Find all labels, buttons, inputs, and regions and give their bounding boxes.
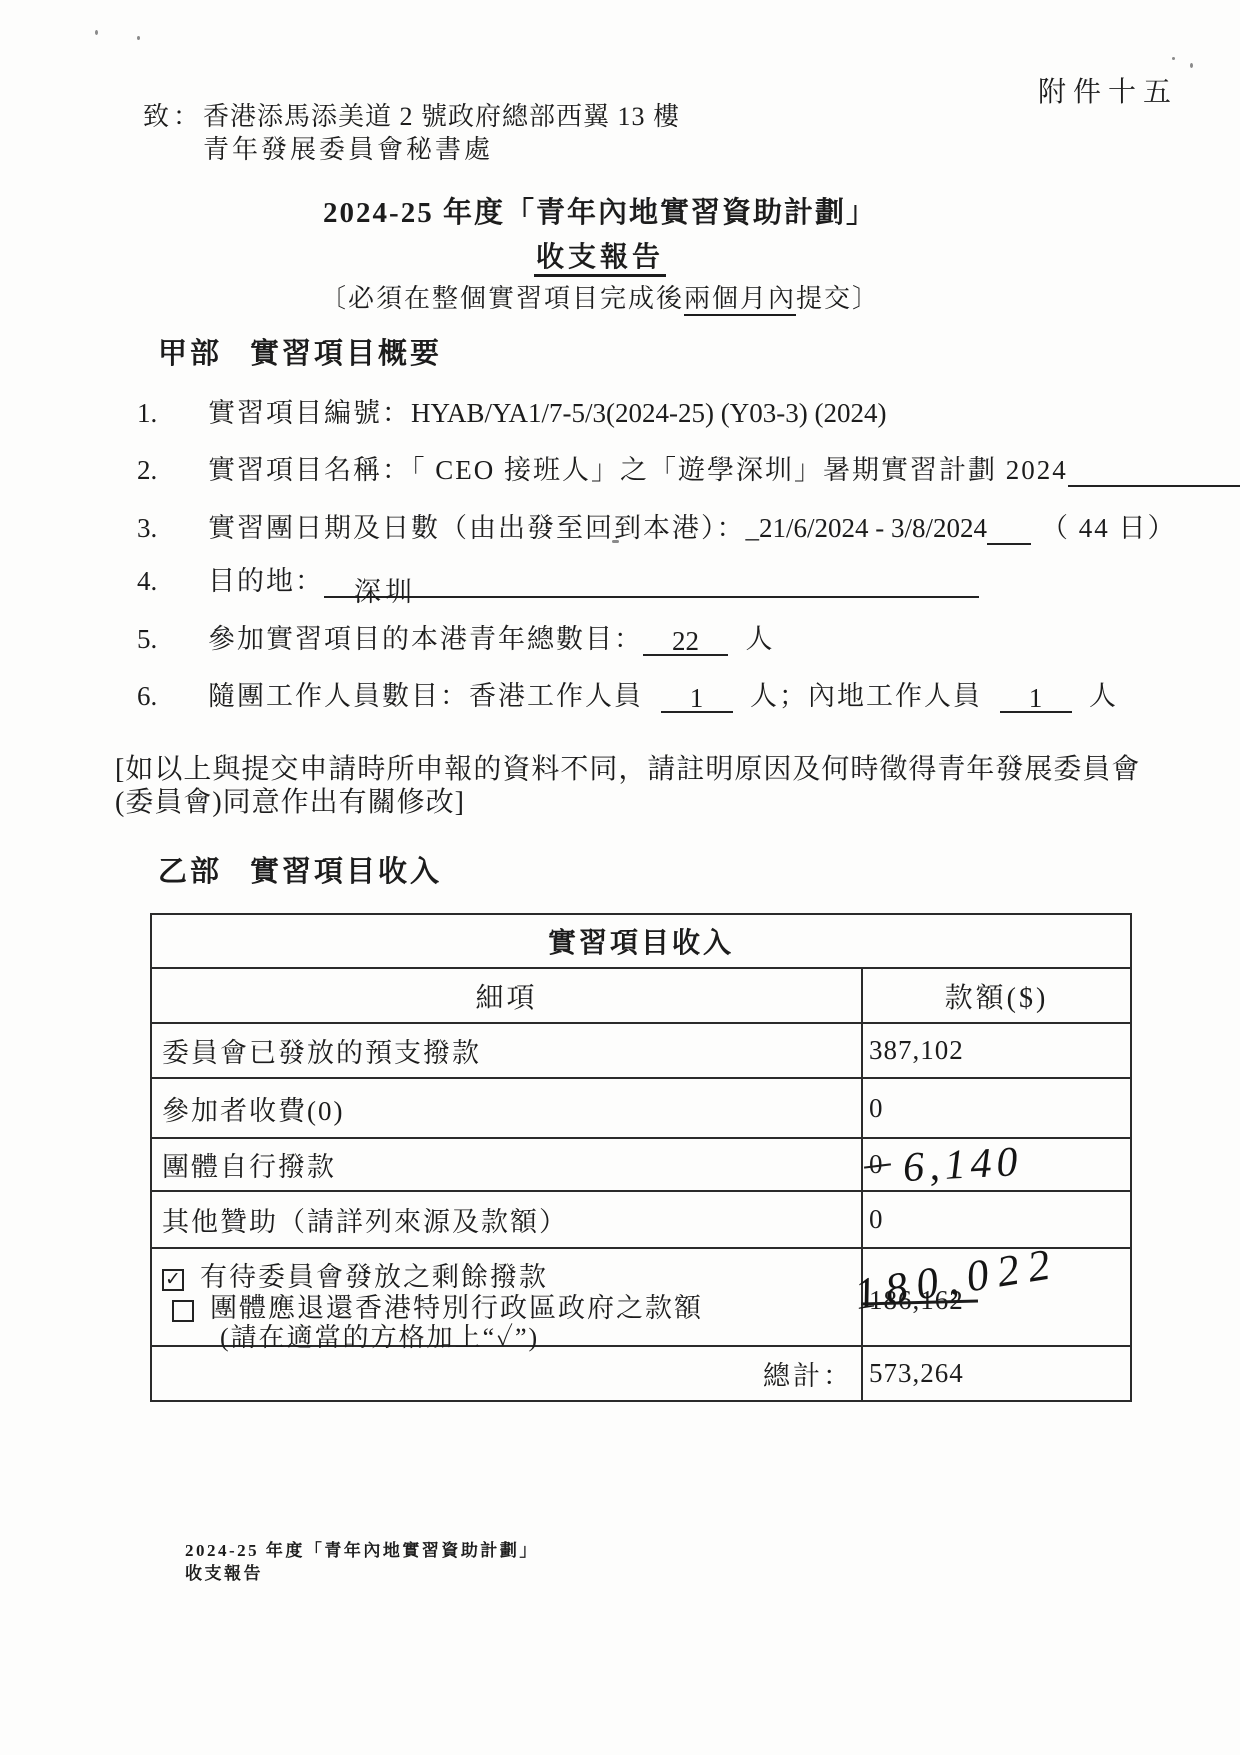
income-table: 實習項目收入 細項 款額($) 委員會已發放的預支撥款 387,102 參加者收… — [150, 913, 1132, 1402]
unit-persons: 人 — [1089, 681, 1118, 711]
option-remaining-grant: ✓有待委員會發放之剩餘撥款 — [162, 1255, 861, 1286]
table-row: 參加者收費(0) 0 — [152, 1079, 1130, 1139]
struck-amount-value: 0 — [869, 1149, 884, 1180]
unit-persons: 人 — [746, 624, 775, 654]
submission-note-prefix: 〔必須在整個實習項目完成後 — [320, 284, 684, 313]
item-number: 1. — [137, 398, 208, 429]
recipient-address-line1: 香港添馬添美道 2 號政府總部西翼 13 樓 — [203, 96, 680, 133]
amendment-note-line2: (委員會)同意作出有關修改] — [115, 780, 465, 820]
row-item-label: 團體自行撥款 — [152, 1139, 863, 1190]
report-title-underlined: 收支報告 — [534, 242, 666, 277]
scan-speck — [1172, 57, 1175, 60]
section-a-label: 甲部 — [158, 338, 222, 370]
item-label: 隨團工作人員數目：香港工作人員 — [208, 681, 643, 711]
youth-count-value: 22 — [643, 626, 728, 656]
footer-line1: 2024-25 年度「青年內地實習資助計劃」 — [185, 1536, 539, 1561]
table-title-row: 實習項目收入 — [152, 915, 1130, 969]
annex-label: 附件十五 — [1038, 70, 1178, 110]
item-label: 實習項目名稱： — [208, 455, 411, 485]
remainder-options-row: ✓有待委員會發放之剩餘撥款 團體應退還香港特別行政區政府之款額 (請在適當的方格… — [152, 1249, 1130, 1347]
item-youth-count: 5.參加實習項目的本港青年總數目：22 人 — [137, 617, 775, 656]
option-refund-government: 團體應退還香港特別行政區政府之款額 — [162, 1286, 861, 1317]
row-item-label: 其他贊助（請詳列來源及款額） — [152, 1192, 863, 1247]
column-header-item: 細項 — [152, 969, 863, 1022]
scan-speck — [1190, 63, 1193, 68]
handwritten-amount: 6,140 — [902, 1138, 1024, 1192]
item-project-name: 2.實習項目名稱：「 CEO 接班人」之「遊學深圳」暑期實習計劃 2024 — [137, 448, 1240, 487]
remainder-amount-cell: 186,162 180,022 — [863, 1249, 1130, 1345]
hk-staff-count-value: 1 — [661, 683, 733, 713]
item-label: 實習團日期及日數（由出發至回到本港）： — [208, 513, 746, 543]
document-title-block: 2024-25 年度「青年內地實習資助計劃」 收支報告 〔必須在整個實習項目完成… — [20, 190, 1180, 315]
item-number: 5. — [137, 624, 208, 655]
section-a-heading: 甲部實習項目概要 — [158, 331, 442, 372]
item-number: 3. — [137, 513, 208, 544]
table-row: 委員會已發放的預支撥款 387,102 — [152, 1024, 1130, 1079]
recipient-address-line2: 青年發展委員會秘書處 — [203, 129, 493, 166]
item-staff-count: 6.隨團工作人員數目：香港工作人員 1 人；內地工作人員 1 人 — [137, 674, 1118, 713]
mainland-staff-count-value: 1 — [1000, 683, 1072, 713]
item-number: 6. — [137, 681, 208, 712]
section-b-label: 乙部 — [158, 856, 222, 888]
item-label-mainland: 人；內地工作人員 — [750, 681, 982, 711]
row-amount-cell: 0 6,140 — [863, 1139, 1130, 1190]
section-a-title: 實習項目概要 — [250, 338, 442, 370]
table-row: 其他贊助（請詳列來源及款額） 0 — [152, 1192, 1130, 1249]
blank-underline — [987, 517, 1031, 545]
remainder-options-cell: ✓有待委員會發放之剩餘撥款 團體應退還香港特別行政區政府之款額 (請在適當的方格… — [152, 1249, 863, 1345]
table-row: 團體自行撥款 0 6,140 — [152, 1139, 1130, 1192]
submission-note-deadline: 兩個月內 — [684, 284, 796, 316]
item-label: 目的地： — [208, 566, 324, 596]
item-label: 參加實習項目的本港青年總數目： — [208, 624, 643, 654]
trip-dates-value: _21/6/2024 - 3/8/2024 — [746, 513, 988, 543]
item-number: 2. — [137, 455, 208, 486]
row-item-label: 參加者收費(0) — [152, 1079, 863, 1137]
trip-days-suffix: （ 44 日） — [1041, 513, 1177, 543]
section-b-title: 實習項目收入 — [250, 856, 442, 888]
total-row: 總計： 573,264 — [152, 1347, 1130, 1400]
document-title-line2: 收支報告 — [20, 235, 1180, 275]
row-amount-value: 0 — [863, 1079, 1130, 1137]
table-header-row: 細項 款額($) — [152, 969, 1130, 1024]
scan-speck — [95, 30, 98, 35]
item-number: 4. — [137, 566, 208, 597]
submission-note-suffix: 提交〕 — [796, 284, 880, 313]
column-header-amount: 款額($) — [863, 969, 1130, 1022]
blank-underline — [1068, 459, 1240, 487]
project-name-value: 「 CEO 接班人」之「遊學深圳」暑期實習計劃 2024 — [411, 455, 1068, 485]
item-destination: 4.目的地：深圳 — [137, 559, 979, 598]
table-title: 實習項目收入 — [548, 921, 734, 961]
checkbox-hint: (請在適當的方格加上“✓”) — [162, 1317, 861, 1348]
item-trip-dates: 3.實習團日期及日數（由出發至回到本港）：_21/6/2024 - 3/8/20… — [137, 506, 1177, 545]
item-label: 實習項目編號： — [208, 398, 411, 428]
row-amount-value: 0 — [863, 1192, 1130, 1247]
scanned-report-page: 附件十五 致： 香港添馬添美道 2 號政府總部西翼 13 樓 青年發展委員會秘書… — [0, 0, 1240, 1755]
project-number-value: HYAB/YA1/7-5/3(2024-25) (Y03-3) (2024) — [411, 398, 886, 428]
submission-note: 〔必須在整個實習項目完成後兩個月內提交〕 — [20, 278, 1180, 315]
section-b-heading: 乙部實習項目收入 — [158, 849, 442, 890]
row-amount-value: 387,102 — [863, 1024, 1130, 1077]
recipient-to-label: 致： — [143, 96, 203, 133]
footer-line2: 收支報告 — [185, 1559, 263, 1584]
destination-value: 深圳 — [324, 570, 979, 598]
document-title-line1: 2024-25 年度「青年內地實習資助計劃」 — [20, 190, 1180, 231]
item-project-number: 1.實習項目編號：HYAB/YA1/7-5/3(2024-25) (Y03-3)… — [137, 391, 886, 430]
total-label: 總計： — [152, 1347, 863, 1400]
total-amount-value: 573,264 — [863, 1347, 1130, 1400]
scan-speck — [137, 36, 140, 40]
row-item-label: 委員會已發放的預支撥款 — [152, 1024, 863, 1077]
